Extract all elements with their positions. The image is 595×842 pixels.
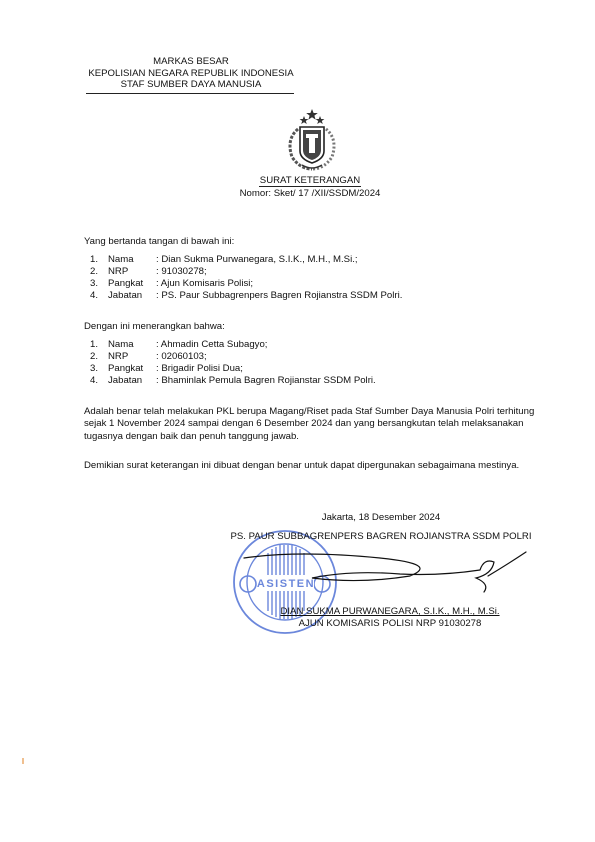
document-number: Nomor: Sket/ 17 /XII/SSDM/2024 (230, 188, 390, 199)
list-item: 4.Jabatan: Bhaminlak Pemula Bagren Rojia… (90, 375, 376, 387)
letterhead-line-1: MARKAS BESAR (82, 56, 300, 68)
place-date: Jakarta, 18 Desember 2024 (222, 512, 540, 523)
handwritten-signature (240, 548, 530, 596)
scan-artifact (22, 758, 24, 764)
list-item: 2.NRP: 91030278; (90, 266, 402, 278)
list-item: 3.Pangkat: Brigadir Polisi Dua; (90, 363, 376, 375)
body-line: sejak 1 November 2024 sampai dengan 6 De… (84, 418, 544, 430)
list-item: 2.NRP: 02060103; (90, 351, 376, 363)
body-line: Adalah benar telah melakukan PKL berupa … (84, 406, 544, 418)
body-paragraph: Adalah benar telah melakukan PKL berupa … (84, 406, 544, 443)
signatory-rank-nrp: AJUN KOMISARIS POLISI NRP 91030278 (242, 618, 538, 629)
list-item: 1.Nama: Ahmadin Cetta Subagyo; (90, 339, 376, 351)
letterhead-line-2: KEPOLISIAN NEGARA REPUBLIK INDONESIA (82, 68, 300, 80)
subject-list: 1.Nama: Ahmadin Cetta Subagyo; 2.NRP: 02… (90, 339, 376, 387)
body-line: tugasnya dengan baik dan penuh tanggung … (84, 431, 544, 443)
police-crest-icon (276, 107, 348, 173)
title-heading: SURAT KETERANGAN (259, 175, 361, 187)
document-title: SURAT KETERANGAN Nomor: Sket/ 17 /XII/SS… (230, 175, 390, 199)
closing-paragraph: Demikian surat keterangan ini dibuat den… (84, 460, 544, 472)
list-item: 4.Jabatan: PS. Paur Subbagrenpers Bagren… (90, 290, 402, 302)
letterhead: MARKAS BESAR KEPOLISIAN NEGARA REPUBLIK … (82, 56, 300, 91)
list-item: 3.Pangkat: Ajun Komisaris Polisi; (90, 278, 402, 290)
letterhead-underline (86, 93, 294, 94)
signatory-intro: Yang bertanda tangan di bawah ini: (84, 236, 234, 248)
letterhead-line-3: STAF SUMBER DAYA MANUSIA (82, 79, 300, 91)
signatory-position: PS. PAUR SUBBAGRENPERS BAGREN ROJIANSTRA… (222, 531, 540, 542)
signatory-name: DIAN SUKMA PURWANEGARA, S.I.K., M.H., M.… (242, 606, 538, 617)
subject-intro: Dengan ini menerangkan bahwa: (84, 321, 225, 333)
list-item: 1.Nama: Dian Sukma Purwanegara, S.I.K., … (90, 254, 402, 266)
signatory-list: 1.Nama: Dian Sukma Purwanegara, S.I.K., … (90, 254, 402, 302)
